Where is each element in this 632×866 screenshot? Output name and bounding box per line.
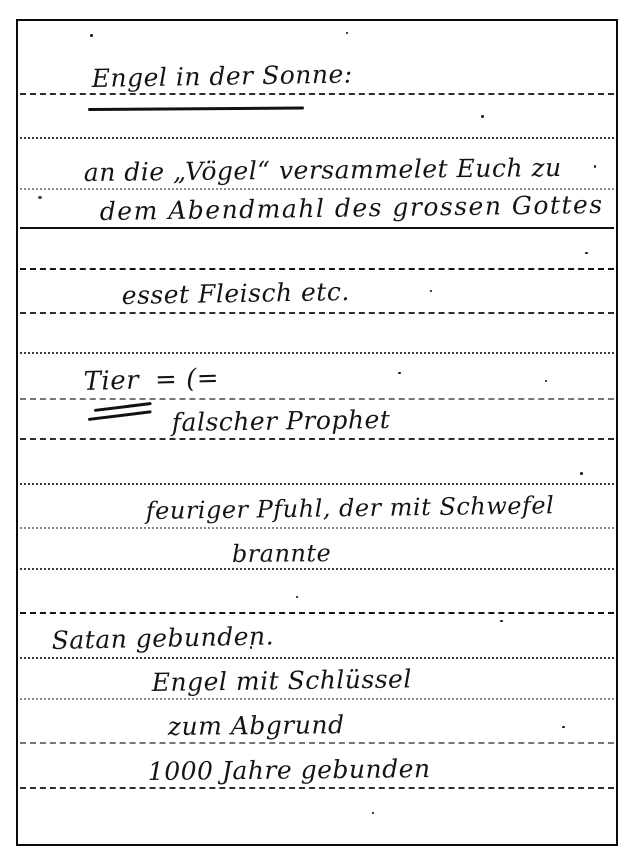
handwritten-line: brannte — [232, 539, 332, 568]
ruled-line — [20, 398, 614, 400]
scan-noise-speck — [562, 726, 565, 728]
ruled-line — [20, 698, 614, 700]
ruled-line — [20, 438, 614, 440]
scan-noise-speck — [90, 34, 93, 37]
ruled-line — [20, 483, 614, 485]
tier-equation: = (= — [155, 363, 220, 395]
ruled-line — [20, 137, 614, 139]
handwritten-line: Engel mit Schlüssel — [152, 664, 412, 697]
handwritten-line: feuriger Pfuhl, der mit Schwefel — [146, 491, 555, 525]
scan-noise-speck — [580, 472, 583, 475]
ruled-line — [20, 657, 614, 659]
handwritten-line: Satan gebunden. — [51, 621, 274, 655]
note-heading: Engel in der Sonne: — [91, 59, 352, 93]
scan-noise-speck — [585, 252, 588, 254]
ruled-line — [20, 612, 614, 614]
ruled-line — [20, 787, 614, 789]
ruled-line — [20, 742, 614, 744]
scan-noise-speck — [346, 32, 348, 34]
scan-noise-speck — [545, 380, 547, 382]
handwritten-line: falscher Prophet — [172, 405, 391, 437]
ruled-line — [20, 352, 614, 354]
scan-noise-speck — [430, 290, 432, 292]
handwritten-line: zum Abgrund — [168, 710, 345, 741]
handwritten-line: 1000 Jahre gebunden — [148, 754, 431, 786]
tier-word: Tier — [83, 366, 139, 397]
ruled-line — [20, 93, 614, 95]
scan-noise-speck — [398, 372, 401, 374]
scan-noise-speck — [38, 196, 42, 199]
ruled-line — [20, 227, 614, 229]
scan-noise-speck — [594, 165, 596, 168]
scan-noise-speck — [372, 812, 374, 814]
scan-noise-speck — [500, 620, 503, 622]
ruled-line — [20, 568, 614, 570]
scan-noise-speck — [481, 115, 484, 118]
scan-noise-speck — [250, 646, 252, 649]
scan-noise-speck — [296, 596, 298, 598]
scanned-note-page: Engel in der Sonne: an die „Vögel“ versa… — [0, 0, 632, 866]
handwritten-line: an die „Vögel“ versammelet Euch zu — [84, 153, 562, 187]
ruled-line — [20, 312, 614, 314]
ruled-line — [20, 527, 614, 529]
handwritten-line: esset Fleisch etc. — [121, 277, 350, 310]
ruled-line — [20, 188, 614, 190]
ruled-line — [20, 268, 614, 270]
handwritten-line: Tier= (= — [83, 363, 219, 397]
